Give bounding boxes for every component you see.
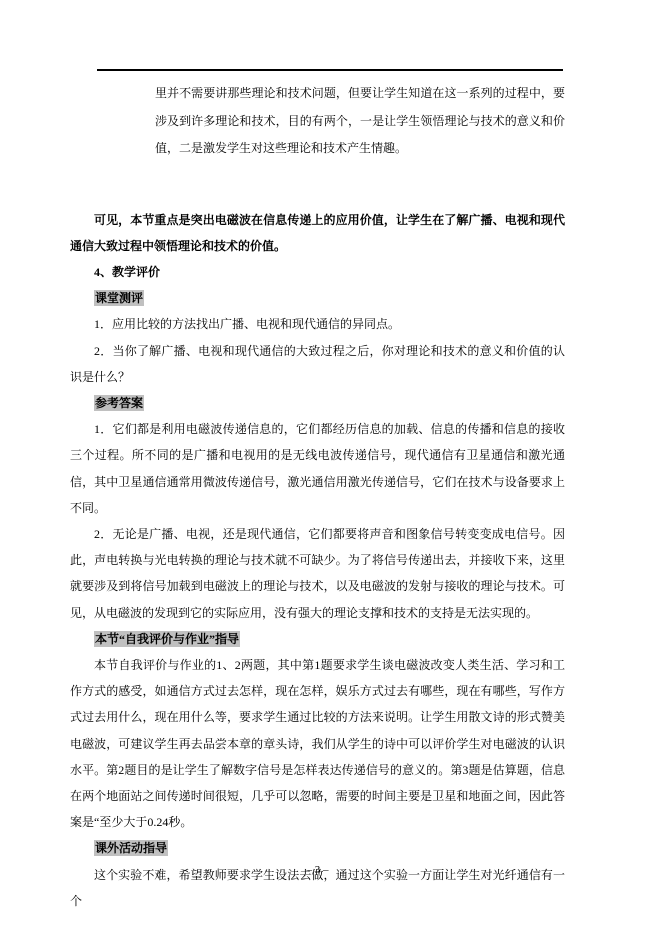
extracurricular-heading: 课外活动指导 xyxy=(94,840,168,856)
self-assessment-heading: 本节“自我评价与作业”指导 xyxy=(94,631,240,647)
continuation-paragraph: 里并不需要讲那些理论和技术问题，但要让学生知道在这一系列的过程中，要涉及到许多理… xyxy=(155,80,565,163)
reference-answer-1: 1．它们都是利用电磁波传递信息的，它们都经历信息的加载、信息的传播和信息的接收三… xyxy=(70,416,565,521)
self-assessment-heading-line: 本节“自我评价与作业”指导 xyxy=(70,626,565,652)
reference-answers-heading: 参考答案 xyxy=(94,395,144,411)
extracurricular-heading-line: 课外活动指导 xyxy=(70,835,565,861)
classroom-question-1: 1．应用比较的方法找出广播、电视和现代通信的异同点。 xyxy=(70,311,565,337)
reference-answer-2: 2．无论是广播、电视，还是现代通信，它们都要将声音和图象信号转变变成电信号。因此… xyxy=(70,521,565,626)
section-heading: 4、教学评价 xyxy=(70,259,565,285)
reference-answers-heading-line: 参考答案 xyxy=(70,390,565,416)
classroom-assessment-heading: 课堂测评 xyxy=(94,290,144,306)
self-assessment-guide-paragraph: 本节自我评价与作业的1、2两题，其中第1题要求学生谈电磁波改变人类生活、学习和工… xyxy=(70,652,565,835)
classroom-question-2: 2．当你了解广播、电视和现代通信的大致过程之后，你对理论和技术的意义和价值的认识… xyxy=(70,338,565,390)
page-number: – 3 – xyxy=(70,863,565,877)
document-page: 里并不需要讲那些理论和技术问题，但要让学生知道在这一系列的过程中，要涉及到许多理… xyxy=(0,0,661,935)
classroom-assessment-heading-line: 课堂测评 xyxy=(70,285,565,311)
header-rule xyxy=(97,69,563,71)
document-body: 里并不需要讲那些理论和技术问题，但要让学生知道在这一系列的过程中，要涉及到许多理… xyxy=(70,80,565,914)
summary-paragraph: 可见，本节重点是突出电磁波在信息传递上的应用价值，让学生在了解广播、电视和现代通… xyxy=(70,207,565,259)
